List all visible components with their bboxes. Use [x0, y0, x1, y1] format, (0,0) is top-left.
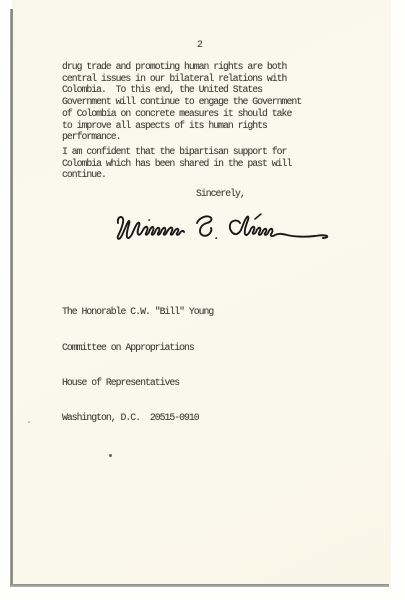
paper-left-edge	[10, 9, 13, 585]
body-paragraph-2: I am confident that the bipartisan suppo…	[62, 146, 291, 181]
page-number: 2	[197, 39, 202, 51]
recipient-line: House of Representatives	[62, 377, 213, 389]
recipient-line: Committee on Appropriations	[62, 342, 213, 354]
recipient-line: The Honorable C.W. "Bill" Young	[62, 306, 213, 318]
recipient-address-block: The Honorable C.W. "Bill" Young Committe…	[62, 283, 213, 447]
body-paragraph-1: drug trade and promoting human rights ar…	[62, 61, 301, 143]
scan-speck	[28, 421, 30, 423]
signature	[109, 211, 333, 251]
recipient-line: Washington, D.C. 20515-0910	[62, 412, 213, 424]
scan-speck	[109, 454, 112, 457]
closing-salutation: Sincerely,	[196, 188, 245, 200]
scanned-letter: 2 drug trade and promoting human rights …	[0, 0, 405, 600]
paper-bottom-edge	[10, 584, 389, 587]
